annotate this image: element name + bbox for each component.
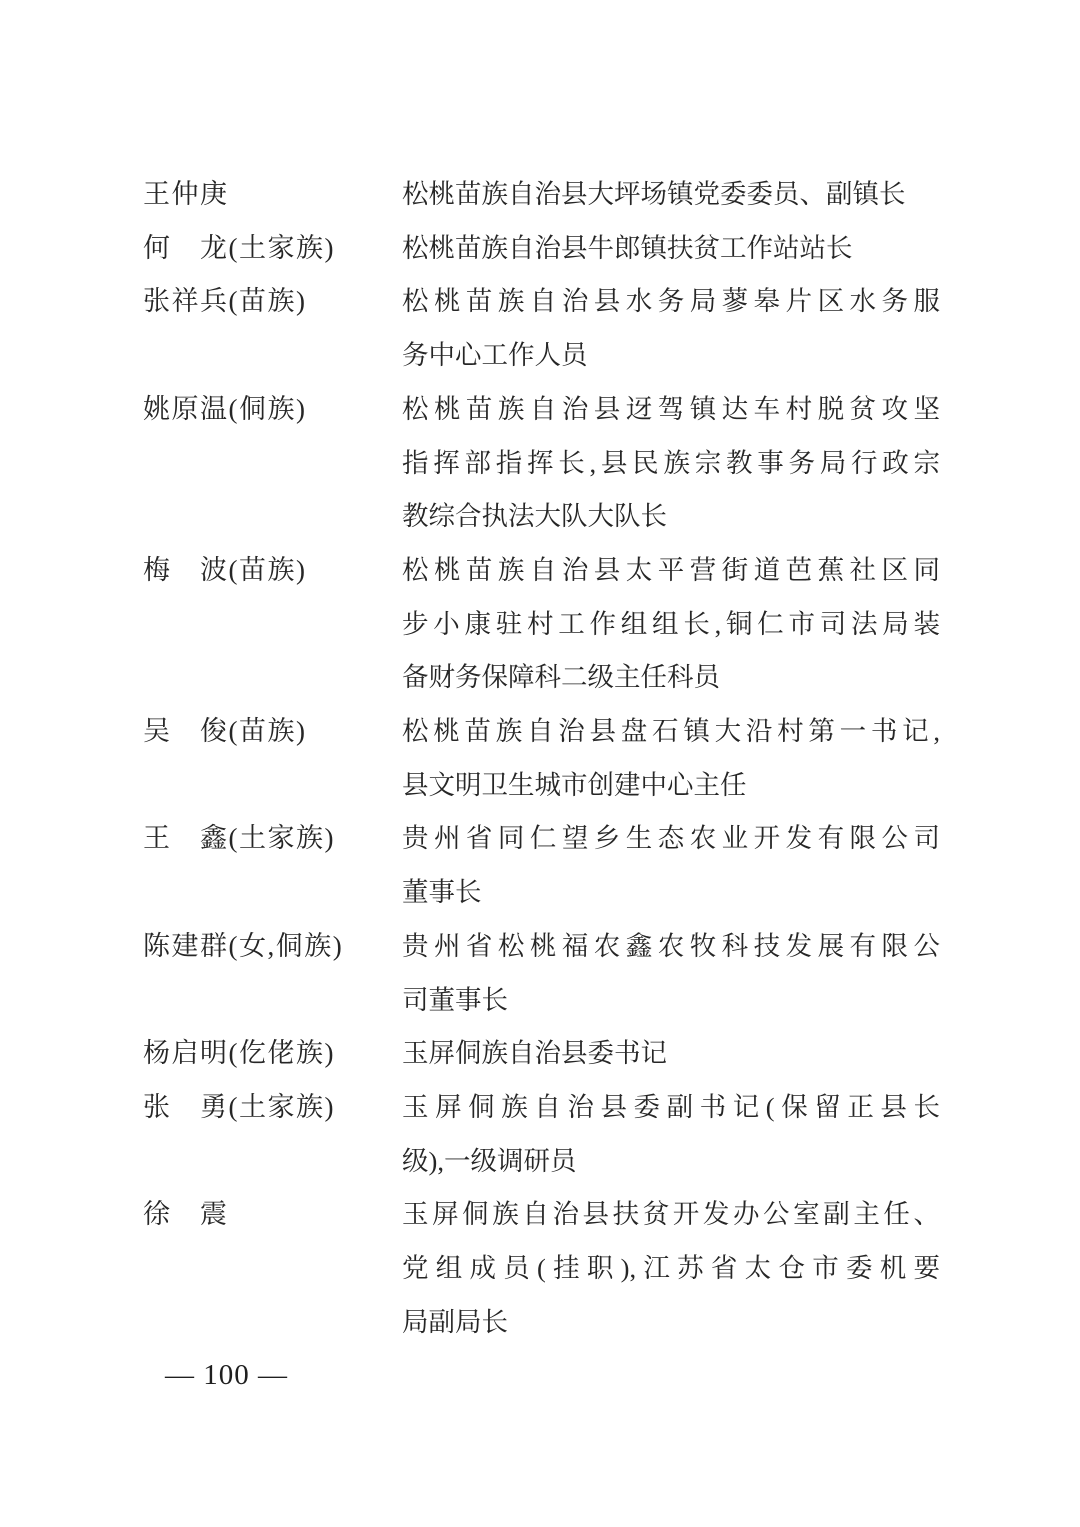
position-line: 松桃苗族自治县水务局蓼皋片区水务服: [402, 275, 940, 329]
person-name: 徐 震: [143, 1188, 402, 1242]
position-line: 贵州省同仁望乡生态农业开发有限公司: [402, 812, 940, 866]
position-line: 松桃苗族自治县迓驾镇达车村脱贫攻坚: [402, 383, 940, 437]
person-name: 杨启明(仡佬族): [143, 1027, 402, 1081]
person-position: 松桃苗族自治县迓驾镇达车村脱贫攻坚指挥部指挥长,县民族宗教事务局行政宗教综合执法…: [402, 383, 940, 544]
roster-entry: 王 鑫(土家族) 贵州省同仁望乡生态农业开发有限公司董事长: [143, 812, 940, 919]
position-line: 玉屏侗族自治县扶贫开发办公室副主任、: [402, 1188, 940, 1242]
position-line: 备财务保障科二级主任科员: [402, 651, 940, 705]
document-page: 王仲庚 松桃苗族自治县大坪场镇党委委员、副镇长 何 龙(土家族) 松桃苗族自治县…: [0, 0, 1080, 1527]
position-line: 松桃苗族自治县大坪场镇党委委员、副镇长: [402, 168, 940, 222]
person-name: 吴 俊(苗族): [143, 705, 402, 759]
person-name: 姚原温(侗族): [143, 383, 402, 437]
person-name: 梅 波(苗族): [143, 544, 402, 598]
position-line: 董事长: [402, 866, 940, 920]
roster-entry: 陈建群(女,侗族) 贵州省松桃福农鑫农牧科技发展有限公司董事长: [143, 920, 940, 1027]
roster-entry: 张祥兵(苗族) 松桃苗族自治县水务局蓼皋片区水务服务中心工作人员: [143, 275, 940, 382]
position-line: 贵州省松桃福农鑫农牧科技发展有限公: [402, 920, 940, 974]
person-position: 玉屏侗族自治县委书记: [402, 1027, 940, 1081]
person-position: 松桃苗族自治县大坪场镇党委委员、副镇长: [402, 168, 940, 222]
position-line: 级),一级调研员: [402, 1135, 940, 1189]
roster-entry: 吴 俊(苗族) 松桃苗族自治县盘石镇大沿村第一书记,县文明卫生城市创建中心主任: [143, 705, 940, 812]
position-line: 司董事长: [402, 974, 940, 1028]
person-position: 贵州省松桃福农鑫农牧科技发展有限公司董事长: [402, 920, 940, 1027]
person-name: 王 鑫(土家族): [143, 812, 402, 866]
position-line: 教综合执法大队大队长: [402, 490, 940, 544]
person-position: 松桃苗族自治县盘石镇大沿村第一书记,县文明卫生城市创建中心主任: [402, 705, 940, 812]
position-line: 步小康驻村工作组组长,铜仁市司法局装: [402, 598, 940, 652]
position-line: 局副局长: [402, 1296, 940, 1350]
person-name: 陈建群(女,侗族): [143, 920, 402, 974]
position-line: 务中心工作人员: [402, 329, 940, 383]
person-name: 张祥兵(苗族): [143, 275, 402, 329]
roster-entry: 王仲庚 松桃苗族自治县大坪场镇党委委员、副镇长: [143, 168, 940, 222]
roster-list: 王仲庚 松桃苗族自治县大坪场镇党委委员、副镇长 何 龙(土家族) 松桃苗族自治县…: [143, 168, 940, 1349]
person-name: 王仲庚: [143, 168, 402, 222]
roster-entry: 何 龙(土家族) 松桃苗族自治县牛郎镇扶贫工作站站长: [143, 222, 940, 276]
person-name: 张 勇(土家族): [143, 1081, 402, 1135]
person-position: 松桃苗族自治县水务局蓼皋片区水务服务中心工作人员: [402, 275, 940, 382]
position-line: 松桃苗族自治县牛郎镇扶贫工作站站长: [402, 222, 940, 276]
roster-entry: 杨启明(仡佬族) 玉屏侗族自治县委书记: [143, 1027, 940, 1081]
position-line: 党组成员(挂职),江苏省太仓市委机要: [402, 1242, 940, 1296]
person-position: 玉屏侗族自治县扶贫开发办公室副主任、党组成员(挂职),江苏省太仓市委机要局副局长: [402, 1188, 940, 1349]
position-line: 玉屏侗族自治县委副书记(保留正县长: [402, 1081, 940, 1135]
position-line: 指挥部指挥长,县民族宗教事务局行政宗: [402, 437, 940, 491]
position-line: 松桃苗族自治县盘石镇大沿村第一书记,: [402, 705, 940, 759]
person-position: 松桃苗族自治县牛郎镇扶贫工作站站长: [402, 222, 940, 276]
page-number: — 100 —: [143, 1349, 940, 1403]
roster-entry: 梅 波(苗族) 松桃苗族自治县太平营街道芭蕉社区同步小康驻村工作组组长,铜仁市司…: [143, 544, 940, 705]
roster-entry: 徐 震 玉屏侗族自治县扶贫开发办公室副主任、党组成员(挂职),江苏省太仓市委机要…: [143, 1188, 940, 1349]
person-name: 何 龙(土家族): [143, 222, 402, 276]
position-line: 县文明卫生城市创建中心主任: [402, 759, 940, 813]
roster-entry: 姚原温(侗族) 松桃苗族自治县迓驾镇达车村脱贫攻坚指挥部指挥长,县民族宗教事务局…: [143, 383, 940, 544]
roster-entry: 张 勇(土家族) 玉屏侗族自治县委副书记(保留正县长级),一级调研员: [143, 1081, 940, 1188]
person-position: 松桃苗族自治县太平营街道芭蕉社区同步小康驻村工作组组长,铜仁市司法局装备财务保障…: [402, 544, 940, 705]
position-line: 玉屏侗族自治县委书记: [402, 1027, 940, 1081]
person-position: 玉屏侗族自治县委副书记(保留正县长级),一级调研员: [402, 1081, 940, 1188]
person-position: 贵州省同仁望乡生态农业开发有限公司董事长: [402, 812, 940, 919]
position-line: 松桃苗族自治县太平营街道芭蕉社区同: [402, 544, 940, 598]
